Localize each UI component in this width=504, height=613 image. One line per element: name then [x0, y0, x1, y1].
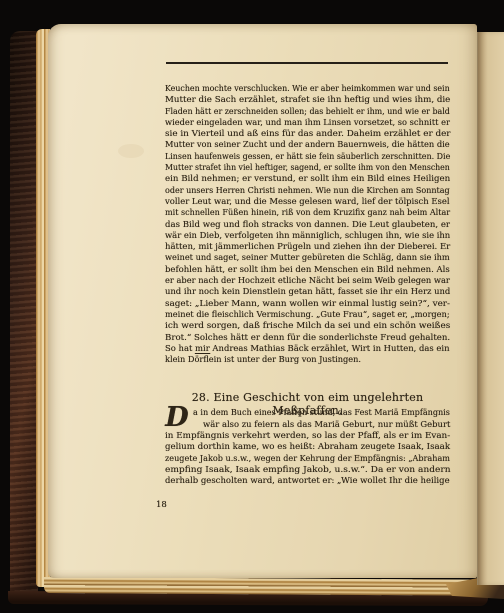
- text-line: er aber nach der Hochzeit etliche Nächt …: [165, 275, 450, 286]
- text-line: saget: „Lieber Mann, wann wollen wir ein…: [165, 298, 450, 309]
- text-line: So hat mir Andreas Mathias Bäck erzählet…: [165, 343, 450, 354]
- text-line: wär also zu feiern als das Mariä Geburt,…: [203, 419, 450, 430]
- text-block: Keuchen mochte verschlucken. Wie er aber…: [165, 62, 450, 510]
- text-line: gelium dorthin kame, wo es heißt: Abraha…: [165, 441, 450, 452]
- text-line: sie in Vierteil und aß eins für das ande…: [165, 128, 450, 139]
- text-line: a in dem Buch eines Pfaffen stund, das F…: [193, 407, 450, 418]
- text-line: und ihr noch kein Dienstlein getan hätt,…: [165, 286, 450, 297]
- text-line: ein Bild nehmen; er verstund, er sollt i…: [165, 173, 450, 184]
- text-line: wär ein Dieb, verfolgeten ihn männiglich…: [165, 230, 450, 241]
- paper-stain: [118, 144, 144, 158]
- text-line: meinet die fleischlich Vermischung. „Gut…: [165, 309, 450, 320]
- drop-cap: D: [162, 407, 192, 429]
- text-line: zeugete Jakob u.s.w., wegen der Kehrung …: [165, 453, 450, 464]
- text-line: wieder eingeladen war, und man ihm Linse…: [165, 117, 450, 128]
- text-line: in Empfängnis verkehrt werden, so las de…: [165, 430, 450, 441]
- text-line: Mutter strafet ihn viel heftiger, sagend…: [165, 162, 450, 173]
- text-line: Mutter von seiner Zucht und der andern B…: [165, 139, 450, 150]
- gutter-adjacent-page: [477, 32, 504, 585]
- page-bottom-edge-stack: [44, 577, 478, 596]
- text-line: Keuchen mochte verschlucken. Wie er aber…: [165, 83, 450, 94]
- head-rule: [166, 62, 448, 64]
- text-line: weinet und saget, seiner Mutter gebürete…: [165, 252, 450, 263]
- underlined-word: mir: [195, 343, 210, 354]
- text-line: das Bild weg und floh stracks von dannen…: [165, 219, 450, 230]
- book-page: Keuchen mochte verschlucken. Wie er aber…: [48, 24, 477, 578]
- page-number: 18: [156, 500, 450, 510]
- text-line: Brot.“ Solches hätt er denn für die sond…: [165, 332, 450, 343]
- text-line: empfing Isaak, Isaak empfing Jakob, u.s.…: [165, 464, 450, 475]
- book-cover-spine-edge: [10, 31, 38, 600]
- text-line: Mutter die Sach erzählet, strafet sie ih…: [165, 94, 450, 105]
- paragraph-2: D a in dem Buch eines Pfaffen stund, das…: [165, 407, 450, 486]
- section-heading: 28. Eine Geschicht von eim ungelehrten M…: [165, 391, 450, 404]
- text-line: klein Dörflein ist unter der Burg von Ju…: [165, 354, 450, 365]
- paragraph-1: Keuchen mochte verschlucken. Wie er aber…: [165, 83, 450, 365]
- text-line: befohlen hätt, er sollt ihm bei den Mens…: [165, 264, 450, 275]
- text-line: Linsen haufenweis gessen, er hätt sie fe…: [165, 151, 450, 162]
- text-line: derhalb gescholten ward, antwortet er: „…: [165, 475, 450, 486]
- text-line: voller Leut war, und die Messe gelesen w…: [165, 196, 450, 207]
- text-line: Fladen hätt er zerschneiden sollen; das …: [165, 106, 450, 117]
- book-photo-backdrop: Keuchen mochte verschlucken. Wie er aber…: [0, 0, 504, 613]
- text-line: mit schnellen Füßen hinein, riß von dem …: [165, 207, 450, 218]
- text-line: ich werd sorgen, daß frische Milch da se…: [165, 320, 450, 331]
- text-line: oder unsers Herren Christi nehmen. Wie n…: [165, 185, 450, 196]
- text-line: hätten, mit jämmerlichen Prügeln und zie…: [165, 241, 450, 252]
